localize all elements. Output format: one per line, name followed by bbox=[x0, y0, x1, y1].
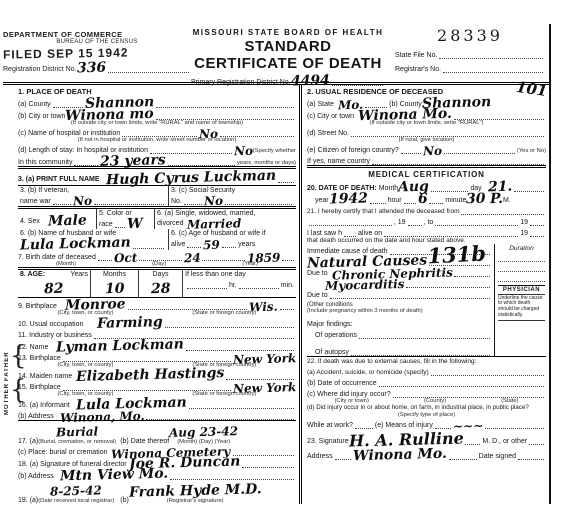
leader-line bbox=[139, 250, 181, 261]
community-value: 23 years bbox=[100, 155, 166, 169]
leader-line bbox=[401, 143, 421, 154]
leader-line bbox=[98, 250, 112, 261]
community-label: In this community bbox=[18, 159, 72, 166]
leader-line bbox=[187, 278, 227, 289]
registration-district-row: Registration District No. 336 bbox=[3, 61, 191, 73]
signature-label: 23. Signature bbox=[307, 438, 349, 445]
file-number-block: 28339 State File No. Registrar's No. bbox=[385, 24, 549, 73]
birthplace-value: Monroe bbox=[65, 300, 126, 313]
field-date-of-death-1: 20. DATE OF DEATH: Month Aug day 21. bbox=[307, 180, 546, 192]
leader-line bbox=[365, 97, 387, 108]
leader-line bbox=[439, 48, 543, 59]
field-physician-address: Address Winona Mo. Date signed bbox=[307, 448, 546, 460]
field-street: (d) Street No. bbox=[307, 126, 546, 137]
field-burial-place: (c) Place: burial or cremation Winona Ce… bbox=[18, 445, 296, 456]
director-address-value: Mtn View Mo. bbox=[60, 468, 169, 483]
leader-line bbox=[518, 449, 544, 460]
field-spouse-age: 6. (c) Age of husband or wife if alive 5… bbox=[168, 229, 296, 250]
leader-line bbox=[379, 376, 544, 387]
usual-residence-heading: 2. USUAL RESIDENCE OF DECEASED bbox=[307, 85, 546, 96]
to-label: , to bbox=[424, 219, 434, 226]
city-value: Winona mo bbox=[65, 109, 154, 123]
year-label: year bbox=[315, 197, 329, 204]
father-birthplace-value: New York bbox=[233, 353, 297, 365]
age-label: 8. AGE: bbox=[20, 271, 45, 278]
field-birthdate: 7. Birth date of deceased Oct 24 1859 (M… bbox=[18, 250, 296, 267]
leader-line bbox=[233, 445, 294, 456]
state-file-label: State File No. bbox=[395, 52, 437, 59]
injury-location-text: (d) Did injury occur in or about home, o… bbox=[307, 404, 546, 412]
leader-line bbox=[165, 317, 294, 328]
leader-line bbox=[225, 194, 292, 205]
leader-line bbox=[355, 418, 373, 429]
leader-line bbox=[156, 109, 294, 120]
field-director-address: (b) Address Mtn View Mo. bbox=[18, 468, 296, 480]
due-to-2-label: Due to bbox=[307, 292, 328, 299]
year-value: 1942 bbox=[328, 193, 367, 206]
field-of-autopsy: Of autopsy bbox=[307, 345, 492, 356]
if-yes-label: If yes, name country bbox=[307, 158, 370, 165]
age-less-label: If less than one day bbox=[185, 271, 294, 278]
color-value: W bbox=[126, 218, 142, 230]
registrar-sig-label: (b) bbox=[120, 497, 129, 504]
leader-line bbox=[94, 194, 164, 205]
date-signed-label: Date signed bbox=[479, 453, 516, 460]
age-min-label: min. bbox=[281, 282, 294, 289]
birthplace-note1: (City, town, or county) bbox=[57, 362, 113, 368]
disposition-label: 17. (a) bbox=[18, 438, 38, 445]
field-accident: (a) Accident, suicide, or homicide (spec… bbox=[307, 365, 546, 376]
disposition-date-label: (b) Date thereof bbox=[120, 438, 169, 445]
residence-city-label: (c) City or town bbox=[307, 113, 354, 120]
means-of-injury-label: (e) Means of injury bbox=[375, 422, 433, 429]
leader-line bbox=[435, 215, 518, 226]
field-spouse-name: 6. (b) Name of husband or wife Lula Lock… bbox=[18, 229, 168, 250]
accident-label: (a) Accident, suicide, or homicide (spec… bbox=[307, 369, 429, 376]
ssn-label: 3. (c) Social Security bbox=[171, 187, 294, 194]
leader-line bbox=[115, 217, 125, 228]
informant-address-value: Winona, Mo. bbox=[60, 411, 145, 423]
birthdate-note-month: (Month) bbox=[56, 261, 76, 267]
leader-line bbox=[128, 299, 248, 310]
registration-district-label: Registration District No. bbox=[3, 66, 77, 73]
field-of-operations: Of operations bbox=[307, 328, 492, 339]
full-name-label: 3. (a) PRINT FULL NAME bbox=[18, 176, 100, 183]
citizen-value: No bbox=[423, 145, 442, 156]
disposition-note: (Burial, cremation, or removal) bbox=[38, 439, 116, 445]
veteran-ssn-row: 3. (b) If veteran, name war No 3. (c) So… bbox=[18, 186, 296, 206]
age-months-label: Months bbox=[93, 271, 136, 278]
leader-line bbox=[189, 398, 294, 409]
informant-address-label: (b) Address bbox=[18, 413, 54, 420]
stamp-dept-line: DEPARTMENT OF COMMERCE bbox=[3, 30, 191, 39]
due-to-value-2: Myocarditis bbox=[325, 279, 405, 291]
residence-city-value: Winona Mo. bbox=[358, 109, 452, 123]
leader-line bbox=[186, 340, 294, 351]
leader-line bbox=[351, 345, 490, 356]
registrar-signature-value: Frank Hyde M.D. bbox=[129, 484, 262, 499]
birthdate-note-day: (Day) bbox=[152, 261, 166, 267]
alive-label: alive on bbox=[358, 230, 382, 237]
burial-place-label: (c) Place: burial or cremation bbox=[18, 449, 107, 456]
occurrence-label: (b) Date of occurrence bbox=[307, 380, 377, 387]
birthdate-month: Oct bbox=[114, 253, 138, 264]
field-occupation: 10. Usual occupation Farming bbox=[18, 316, 296, 328]
street-label: (d) Street No. bbox=[307, 130, 349, 137]
major-findings-label: Major findings: bbox=[307, 321, 353, 328]
leader-line bbox=[168, 155, 235, 166]
leader-line bbox=[108, 62, 189, 73]
leader-line bbox=[53, 97, 83, 108]
leader-line bbox=[530, 215, 544, 226]
field-age-days: Days 28 bbox=[138, 270, 182, 297]
right-column: 101 2. USUAL RESIDENCE OF DECEASED (a) S… bbox=[299, 85, 549, 504]
field-veteran: 3. (b) If veteran, name war No bbox=[18, 186, 168, 206]
certificate-title: STANDARD CERTIFICATE OF DEATH bbox=[191, 38, 385, 72]
field-full-name: 3. (a) PRINT FULL NAME Hugh Cyrus Luckma… bbox=[18, 169, 296, 185]
filed-stamp: DEPARTMENT OF COMMERCE BUREAU OF THE CEN… bbox=[3, 24, 191, 73]
leader-line bbox=[184, 194, 202, 205]
physician-label: PHYSICIAN bbox=[498, 287, 545, 293]
leader-line bbox=[222, 237, 236, 248]
leader-line bbox=[443, 62, 543, 73]
birthplace-label: 9. Birthplace bbox=[18, 303, 57, 310]
age-days-label: Days bbox=[141, 271, 180, 278]
external-causes-text: 22. If death was due to external causes,… bbox=[307, 358, 546, 365]
field-age-years: 8. AGE: Years 82 bbox=[18, 270, 90, 297]
corner-code-value: 101 bbox=[515, 81, 548, 98]
leader-line bbox=[309, 215, 392, 226]
sex-value: Male bbox=[48, 215, 87, 228]
certificate-header: DEPARTMENT OF COMMERCE BUREAU OF THE CEN… bbox=[3, 24, 549, 82]
leader-line bbox=[372, 154, 544, 165]
leader-line bbox=[465, 434, 480, 445]
divider bbox=[307, 356, 546, 357]
field-mother-name: 14. Maiden name Elizabeth Hastings bbox=[18, 368, 296, 380]
leader-line bbox=[156, 97, 294, 108]
leader-line bbox=[431, 181, 468, 192]
leader-line bbox=[280, 299, 294, 310]
field-occurrence-date: (b) Date of occurrence bbox=[307, 376, 546, 387]
duration-column: Duration PHYSICIAN Underline the cause t… bbox=[494, 244, 546, 357]
state-file-number: 28339 bbox=[395, 26, 545, 45]
field-father-name: 12. Name Lyman Lockman bbox=[18, 339, 296, 351]
field-county: (a) County Shannon bbox=[18, 96, 296, 108]
field-informant: 16. (a) Informant Lula Lockman bbox=[18, 397, 296, 409]
physician-address-label: Address bbox=[307, 453, 333, 460]
minute-value: 30 bbox=[466, 193, 486, 205]
death-certificate-scan: DEPARTMENT OF COMMERCE BUREAU OF THE CEN… bbox=[0, 0, 585, 527]
field-age-less-than-day: If less than one day hr. min. bbox=[182, 270, 296, 297]
field-citizen: (e) Citizen of foreign country? No (Yes … bbox=[307, 143, 546, 154]
leader-line bbox=[278, 172, 294, 183]
marital-label: 6. (a) Single, widowed, married, bbox=[157, 210, 294, 217]
leader-line bbox=[122, 126, 196, 137]
field-community: In this community 23 years years, months… bbox=[18, 154, 296, 166]
leader-line bbox=[431, 365, 544, 376]
last-saw-label: I last saw h bbox=[307, 230, 342, 237]
birthdate-day: 24 bbox=[183, 253, 200, 264]
stay-value: No bbox=[234, 145, 253, 156]
leader-line bbox=[242, 457, 294, 468]
leader-line bbox=[444, 143, 515, 154]
disposition-value: Burial bbox=[56, 426, 98, 437]
hospital-value: No bbox=[199, 128, 218, 139]
field-color: 5. Color or race W bbox=[96, 209, 154, 230]
age-days-value: 28 bbox=[151, 284, 171, 296]
where-label: (c) Where did injury occur? bbox=[307, 391, 391, 398]
age-hr-label: hr. bbox=[229, 282, 237, 289]
father-brace: { bbox=[10, 343, 27, 369]
leader-line bbox=[370, 193, 386, 204]
spouse-row: 6. (b) Name of husband or wife Lula Lock… bbox=[18, 229, 296, 250]
leader-line bbox=[282, 250, 294, 261]
hour-label: hour bbox=[388, 197, 402, 204]
leader-line bbox=[485, 418, 544, 429]
physician-address-value: Winona Mo. bbox=[353, 449, 447, 463]
field-hospital: (c) Name of hospital or institution No bbox=[18, 126, 296, 137]
year-blank3: 19 bbox=[520, 230, 528, 237]
duration-line bbox=[498, 272, 545, 282]
leader-line bbox=[351, 126, 544, 137]
field-marital: 6. (a) Single, widowed, married, divorce… bbox=[154, 209, 296, 230]
field-city: (b) City or town Winona mo bbox=[18, 108, 296, 120]
age-months-value: 10 bbox=[105, 284, 125, 296]
state-file-row: State File No. bbox=[395, 48, 545, 59]
received-label: 19. (a) bbox=[18, 497, 38, 504]
disposition-date-value: Aug 23-42 bbox=[169, 426, 238, 438]
occupation-value: Farming bbox=[97, 317, 163, 331]
md-label: M. D., or other bbox=[482, 438, 527, 445]
leader-line bbox=[449, 449, 477, 460]
registrar-no-label: Registrar's No. bbox=[395, 66, 441, 73]
hour-value: 6 bbox=[417, 194, 427, 206]
leader-line bbox=[133, 238, 164, 249]
leader-line bbox=[384, 226, 518, 237]
received-value: 8-25-42 bbox=[50, 485, 102, 497]
of-autopsy-label: Of autopsy bbox=[315, 349, 349, 356]
registration-district-value: 336 bbox=[76, 63, 106, 76]
title-block: MISSOURI STATE BOARD OF HEALTH STANDARD … bbox=[191, 24, 385, 86]
spouse-age-value: 59 bbox=[203, 240, 220, 251]
duration-label: Duration bbox=[498, 245, 545, 252]
certify-text: 21. I hereby certify that I attended the… bbox=[307, 208, 459, 215]
certificate-content: DEPARTMENT OF COMMERCE BUREAU OF THE CEN… bbox=[3, 24, 551, 504]
age-years-value: 82 bbox=[44, 284, 64, 296]
father-name-value: Lyman Lockman bbox=[56, 339, 184, 354]
field-sex: 4. Sex Male bbox=[18, 209, 96, 230]
hospital-label: (c) Name of hospital or institution bbox=[18, 130, 120, 137]
marital-label2: divorced bbox=[157, 220, 183, 227]
field-certify-dates: , 19 , to 19 bbox=[307, 215, 546, 226]
year-blank1: , 19 bbox=[394, 219, 406, 226]
stay-note: (Specify whether bbox=[253, 148, 296, 154]
leader-line bbox=[226, 369, 294, 380]
ssn-value: No bbox=[204, 196, 223, 207]
residence-state-label: (a) State bbox=[307, 101, 334, 108]
year-blank2: 19 bbox=[520, 219, 528, 226]
spouse-age-label2: alive bbox=[171, 241, 185, 248]
field-age-months: Months 10 bbox=[90, 270, 138, 297]
field-ssn: 3. (c) Social Security No. No bbox=[168, 186, 296, 206]
month-label: Month bbox=[379, 185, 398, 192]
veteran-value: No bbox=[73, 196, 92, 207]
leader-line bbox=[529, 434, 544, 445]
certificate-body: FATHER { MOTHER { 1. PLACE OF DEATH (a) … bbox=[3, 82, 549, 504]
birthplace-note2: (State or foreign country) bbox=[192, 310, 256, 316]
mother-birthplace-value: New York bbox=[233, 382, 297, 394]
field-physician-signature: 23. Signature H. A. Rulline M. D., or ot… bbox=[307, 431, 546, 445]
leader-line bbox=[514, 181, 544, 192]
spouse-age-unit: years bbox=[238, 241, 255, 248]
leader-line bbox=[393, 387, 544, 398]
of-operations-label: Of operations bbox=[315, 332, 357, 339]
leader-line bbox=[429, 193, 443, 204]
minute-label: minute bbox=[445, 197, 466, 204]
occupation-label: 10. Usual occupation bbox=[18, 321, 83, 328]
ampm-value: P. bbox=[490, 194, 503, 206]
sex-label: 4. Sex bbox=[20, 218, 40, 225]
leader-line bbox=[530, 226, 544, 237]
director-address-label: (b) Address bbox=[18, 473, 54, 480]
board-name: MISSOURI STATE BOARD OF HEALTH bbox=[191, 28, 385, 37]
leader-line bbox=[187, 237, 201, 248]
full-name-value: Hugh Cyrus Luckman bbox=[105, 170, 275, 186]
city-label: (b) City or town bbox=[18, 113, 65, 120]
leader-line bbox=[74, 155, 98, 166]
leader-line bbox=[239, 278, 279, 289]
birthdate-year: 1859 bbox=[246, 253, 280, 264]
leader-line bbox=[408, 215, 422, 226]
place-of-death-heading: 1. PLACE OF DEATH bbox=[18, 85, 296, 96]
mother-name-value: Elizabeth Hastings bbox=[76, 368, 225, 384]
physician-note: Underline the cause to which death shoul… bbox=[498, 294, 545, 321]
sex-color-marital-row: 4. Sex Male 5. Color or race W 6. (a) Si… bbox=[18, 209, 296, 230]
veteran-label: 3. (b) If veteran, bbox=[20, 187, 166, 194]
birthplace-state-value: Wis. bbox=[249, 302, 278, 313]
occurred-text: that death occurred on the date and hour… bbox=[307, 237, 546, 244]
leader-line bbox=[359, 328, 490, 339]
field-where-injury: (c) Where did injury occur? bbox=[307, 387, 546, 398]
cause-code-value: 131b bbox=[427, 244, 489, 324]
community-note: years, months or days) bbox=[237, 160, 296, 166]
leader-line bbox=[220, 126, 294, 137]
duration-line bbox=[498, 252, 545, 262]
marital-value: Married bbox=[187, 218, 242, 230]
leader-line bbox=[435, 418, 451, 429]
ssn-label2: No. bbox=[171, 198, 182, 205]
leader-line bbox=[53, 194, 71, 205]
county-label: (a) County bbox=[18, 101, 51, 108]
leader-line bbox=[344, 226, 356, 237]
m-label: M. bbox=[503, 197, 511, 204]
field-last-saw: I last saw h alive on 19 bbox=[307, 226, 546, 237]
birthdate-label: 7. Birth date of deceased bbox=[18, 254, 96, 261]
left-column: FATHER { MOTHER { 1. PLACE OF DEATH (a) … bbox=[3, 85, 299, 504]
color-label: 5. Color or bbox=[99, 210, 152, 217]
duration-line bbox=[498, 262, 545, 272]
citizen-label: (e) Citizen of foreign country? bbox=[307, 147, 399, 154]
age-row: 8. AGE: Years 82 Months 10 Days 28 If le… bbox=[18, 270, 296, 297]
at-work-label: While at work? bbox=[307, 422, 353, 429]
registrar-no-row: Registrar's No. bbox=[395, 62, 545, 73]
field-at-work-means: While at work? (e) Means of injury ~~~ bbox=[307, 418, 546, 429]
age-years-label: Years bbox=[70, 271, 88, 278]
veteran-label2: name war bbox=[20, 198, 51, 205]
physician-margin-note: PHYSICIAN Underline the cause to which d… bbox=[498, 285, 545, 321]
due-to-label: Due to bbox=[307, 270, 328, 277]
color-label2: race bbox=[99, 221, 113, 228]
cause-of-death-block: Duration PHYSICIAN Underline the cause t… bbox=[307, 244, 546, 357]
mother-brace: { bbox=[10, 377, 27, 403]
